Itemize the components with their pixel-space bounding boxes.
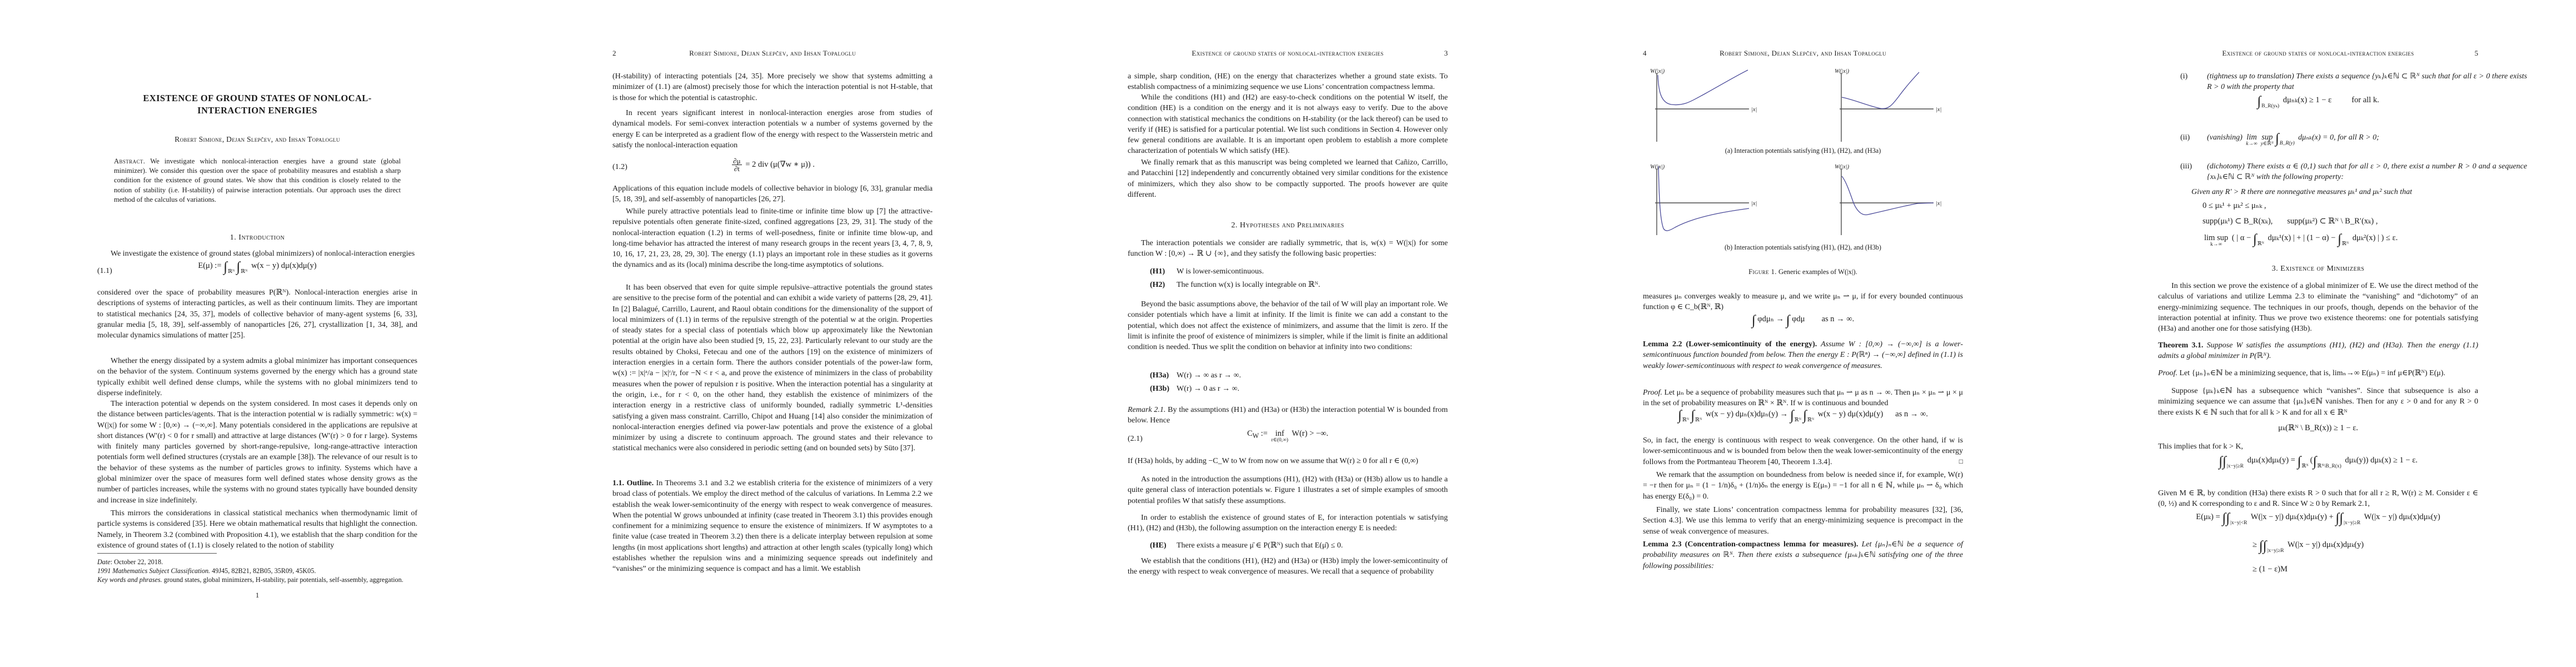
page-4-par: So, in fact, the energy is continuous wi… <box>1643 435 1963 467</box>
page-1-par: This mirrors the considerations in class… <box>97 508 417 551</box>
page-5-par: In this section we prove the existence o… <box>2158 281 2478 334</box>
page-3-par: As noted in the introduction the assumpt… <box>1128 474 1448 506</box>
page-3-item: (H3b)W(r) → 0 as r → ∞. <box>1128 384 1497 394</box>
potential-curve <box>1658 70 1748 105</box>
page-1-foot: 1991 Mathematics Subject Classification.… <box>97 566 417 575</box>
page-3-par: Beyond the basic assumptions above, the … <box>1128 299 1448 352</box>
page-5-display: ≥ ∫∫|x−y|≥R W(|x − y|) dμₖ(x)dμₖ(y) <box>2158 540 2478 554</box>
page-3-par: If (H3a) holds, by adding −C_W to W from… <box>1128 456 1448 466</box>
page-number: 3 <box>1444 49 1448 58</box>
page-4-par: Finally, we state Lions’ concentration c… <box>1643 505 1963 537</box>
running-head: Robert Simione, Dejan Slepčev, and Ihsan… <box>612 49 933 58</box>
integral-sign: ∫ <box>1803 408 1807 423</box>
page-5-item: (iii)(dichotomy) There exists α ∈ (0,1) … <box>2158 161 2527 183</box>
page-3-item: (HE)There exists a measure μ̄ ∈ P(ℝᴺ) su… <box>1128 540 1497 551</box>
page-1-par: The interaction potential w depends on t… <box>97 399 417 506</box>
integral-sign: ∫ <box>2275 131 2279 146</box>
page-5-display: E(μₖ) = ∫∫|x−y|<R W(|x − y|) dμₖ(x)dμₖ(y… <box>2158 512 2478 526</box>
page-1-rule <box>97 553 217 554</box>
page-5-par: Given M ∈ ℝ, by condition (H3a) there ex… <box>2158 488 2478 510</box>
potential-H3b-singular-well: W(|x|)|x| <box>1650 165 1761 236</box>
page-1-foot: Date: October 22, 2018. <box>97 558 417 566</box>
integral-sign: ∫ <box>223 260 227 275</box>
page-4-figcaption: Figure 1. Generic examples of W(|x|). <box>1643 268 1963 276</box>
page-3-display: (2.1)CW := infr∈(0,∞) W(r) > −∞. <box>1128 429 1448 444</box>
integral-sign: ∫ <box>2297 454 2301 469</box>
page-3-header: Existence of ground states of nonlocal-i… <box>1128 49 1448 59</box>
page-5-display: ≥ (1 − ε)M <box>2158 565 2478 574</box>
equation-body: ∫B_R(yₖ) dμₙₖ(x) ≥ 1 − ε for all k. <box>2158 96 2478 109</box>
paper-page-1: EXISTENCE OF GROUND STATES OF NONLOCAL-I… <box>0 0 515 667</box>
potential-H3a-min-above-axis: W(|x|)|x| <box>1650 69 1761 143</box>
paper-page-5: Existence of ground states of nonlocal-i… <box>2061 0 2576 667</box>
page-5-section: 3. Existence of Minimizers <box>2158 265 2478 273</box>
integral-sign: ∫ <box>236 260 240 275</box>
page-1-section: 1. Introduction <box>97 233 417 242</box>
page-3-par: We establish that the conditions (H1), (… <box>1128 556 1448 578</box>
integral-sign: ∫ <box>1790 408 1794 423</box>
item-label: (H3a) <box>1150 370 1169 381</box>
equation-body: CW := infr∈(0,∞) W(r) > −∞. <box>1128 429 1448 444</box>
page-3-par: The interaction potentials we consider a… <box>1128 238 1448 260</box>
page-4-display: ∫ φdμₙ → ∫ φdμ as n → ∞. <box>1643 315 1963 324</box>
equation-body: ∫∫|x−y|≥R dμₖ(x)dμₖ(y) = ∫ℝᴺ(∫ℝᴺ\B_R(x) … <box>2158 456 2478 469</box>
y-axis-label: W(|x|) <box>1650 164 1665 170</box>
potential-curve <box>1842 176 1934 215</box>
page-5-header: Existence of ground states of nonlocal-i… <box>2158 49 2478 59</box>
page-4-par: We remark that the assumption on bounded… <box>1643 470 1963 502</box>
integral-sign: ∫ <box>1678 408 1682 423</box>
page-4-caption: (a) Interaction potentials satisfying (H… <box>1643 147 1963 155</box>
page-3-par: While the conditions (H1) and (H2) are e… <box>1128 92 1448 157</box>
integral-sign: ∫ <box>1752 313 1756 328</box>
y-axis-label: W(|x|) <box>1835 68 1850 74</box>
page-1-par: We investigate the existence of ground s… <box>97 248 417 259</box>
page-4-par: Proof. Let μₙ be a sequence of probabili… <box>1643 387 1963 409</box>
page-5-display: 0 ≤ μₖ¹ + μₖ² ≤ μₙₖ , <box>2158 201 2478 211</box>
x-axis-label: |x| <box>1751 201 1757 207</box>
equation-body: E(μ) := ∫ℝᴺ∫ℝᴺ w(x − y) dμ(x)dμ(y) <box>97 261 417 275</box>
item-label: (iii) <box>2180 161 2192 172</box>
page-2-par: In recent years significant interest in … <box>612 108 933 151</box>
page-5-par: Theorem 3.1. Suppose W satisfies the ass… <box>2158 340 2478 362</box>
page-2-par: While purely attractive potentials lead … <box>612 206 933 271</box>
y-axis-label: W(|x|) <box>1835 164 1850 170</box>
paper-page-2: 2Robert Simione, Dejan Slepčev, and Ihsa… <box>515 0 1030 667</box>
potential-H3a-touch-zero: W(|x|)|x| <box>1835 69 1946 143</box>
page-3-par: We finally remark that as this manuscrip… <box>1128 157 1448 200</box>
page-1-abstract: Abstract. We investigate which nonlocal-… <box>114 157 401 205</box>
x-axis-label: |x| <box>1751 107 1757 113</box>
page-4-display: ∫ℝᴺ∫ℝᴺ w(x − y) dμₙ(x)dμₙ(y) → ∫ℝᴺ∫ℝᴺ w(… <box>1643 410 1963 423</box>
page-5-par: Proof. Let {μₙ}ₙ∈ℕ be a minimizing seque… <box>2158 368 2478 379</box>
potential-curve <box>1658 166 1749 231</box>
page-2-par: It has been observed that even for quite… <box>612 282 933 454</box>
page-5-display: μₖ(ℝᴺ \ B_R(x)) ≥ 1 − ε. <box>2158 424 2478 433</box>
page-4-caption: (b) Interaction potentials satisfying (H… <box>1643 243 1963 252</box>
page-4-par: Lemma 2.2 (Lower-semicontinuity of the e… <box>1643 339 1963 371</box>
page-1-par: Whether the energy dissipated by a syste… <box>97 356 417 399</box>
integral-sign: ∫∫ <box>2259 539 2267 554</box>
page-5-item: (ii)(vanishing) limk→∞supy∈ℝᴺ∫B_R(y) dμₙ… <box>2158 132 2527 149</box>
page-3-item: (H1)W is lower-semicontinuous. <box>1128 266 1497 277</box>
page-3-par: a simple, sharp condition, (HE) on the e… <box>1128 71 1448 93</box>
math-operator: limk→∞ <box>2246 134 2258 147</box>
page-5-par: Given any R′ > R there are nonnegative m… <box>2158 187 2512 197</box>
equation-body: ∫ℝᴺ∫ℝᴺ w(x − y) dμₙ(x)dμₙ(y) → ∫ℝᴺ∫ℝᴺ w(… <box>1643 410 1963 423</box>
page-1-pageno: 1 <box>97 591 417 600</box>
integral-sign: ∫ <box>2313 454 2316 469</box>
integral-sign: ∫ <box>1786 313 1790 328</box>
page-4-par: measures μₙ converges weakly to measure … <box>1643 291 1963 313</box>
integral-sign: ∫∫ <box>2219 454 2226 469</box>
equation-body: supp(μₖ¹) ⊂ B_R(xₖ), supp(μₖ²) ⊂ ℝᴺ \ B_… <box>2158 217 2478 226</box>
page-3-par: In order to establish the existence of g… <box>1128 512 1448 534</box>
page-3-par: Remark 2.1. By the assumptions (H1) and … <box>1128 405 1448 426</box>
page-2-display: (1.2)∂μ∂t = 2 div (μ(∇w ∗ μ)) . <box>612 157 933 172</box>
page-5-display: supp(μₖ¹) ⊂ B_R(xₖ), supp(μₖ²) ⊂ ℝᴺ \ B_… <box>2158 217 2478 226</box>
page-4-header: 4Robert Simione, Dejan Slepčev, and Ihsa… <box>1643 49 1963 59</box>
x-axis-label: |x| <box>1936 107 1941 113</box>
equation-body: lim supk→∞ ( | α − ∫ℝᴺ dμₖ¹(x) | + | (1 … <box>2158 233 2478 248</box>
potential-H3b-cross-dip: W(|x|)|x| <box>1835 165 1946 236</box>
running-head: Existence of ground states of nonlocal-i… <box>1128 49 1448 58</box>
integral-sign: ∫∫ <box>2335 511 2343 526</box>
integral-sign: ∫ <box>1691 408 1695 423</box>
integral-sign: ∫∫ <box>2222 511 2230 526</box>
running-head: Existence of ground states of nonlocal-i… <box>2158 49 2478 58</box>
page-5-display: ∫B_R(yₖ) dμₙₖ(x) ≥ 1 − ε for all k. <box>2158 96 2478 109</box>
potential-curve <box>1842 72 1919 108</box>
paper-page-3: Existence of ground states of nonlocal-i… <box>1030 0 1546 667</box>
page-1-foot: Key words and phrases. ground states, gl… <box>97 575 417 584</box>
equation-number: (1.2) <box>612 163 627 172</box>
page-5-par: Suppose {μₖ}ₖ∈ℕ has a subsequence which … <box>2158 386 2478 418</box>
math-operator: supy∈ℝᴺ <box>2261 134 2274 147</box>
page-2-header: 2Robert Simione, Dejan Slepčev, and Ihsa… <box>612 49 933 59</box>
page-number: 5 <box>2475 49 2479 58</box>
page-3-item: (H2)The function w(x) is locally integra… <box>1128 280 1497 290</box>
page-1-display: (1.1)E(μ) := ∫ℝᴺ∫ℝᴺ w(x − y) dμ(x)dμ(y) <box>97 261 417 275</box>
page-5-display: ∫∫|x−y|≥R dμₖ(x)dμₖ(y) = ∫ℝᴺ(∫ℝᴺ\B_R(x) … <box>2158 456 2478 469</box>
fraction: ∂μ∂t <box>732 157 741 172</box>
page-2-par: 1.1. Outline. In Theorems 3.1 and 3.2 we… <box>612 478 933 575</box>
item-label: (HE) <box>1150 540 1167 551</box>
math-operator: infr∈(0,∞) <box>1272 430 1288 444</box>
equation-number: (2.1) <box>1128 435 1143 444</box>
page-2-par: Applications of this equation include mo… <box>612 183 933 205</box>
equation-body: E(μₖ) = ∫∫|x−y|<R W(|x − y|) dμₖ(x)dμₖ(y… <box>2158 512 2478 526</box>
equation-body: ∫ φdμₙ → ∫ φdμ as n → ∞. <box>1643 315 1963 324</box>
integral-sign: ∫ <box>2253 232 2257 247</box>
item-label: (H1) <box>1150 266 1165 277</box>
page-5-display: lim supk→∞ ( | α − ∫ℝᴺ dμₖ¹(x) | + | (1 … <box>2158 233 2478 248</box>
page-1-par: considered over the space of probability… <box>97 287 417 341</box>
integral-sign: ∫ <box>2257 94 2261 109</box>
page-5-item: (i)(tightness up to translation) There e… <box>2158 71 2527 93</box>
x-axis-label: |x| <box>1936 201 1941 207</box>
equation-body: ∂μ∂t = 2 div (μ(∇w ∗ μ)) . <box>612 157 933 172</box>
equation-body: μₖ(ℝᴺ \ B_R(x)) ≥ 1 − ε. <box>2158 424 2478 433</box>
page-5-par: This implies that for k > K, <box>2158 441 2478 452</box>
paper-montage: arXiv:1405.5146v2 [math.AP] 28 Jan 2015 … <box>0 0 2576 667</box>
page-3-section: 2. Hypotheses and Preliminaries <box>1128 221 1448 230</box>
qed-symbol: □ <box>1959 456 1963 467</box>
paper-page-4: 4Robert Simione, Dejan Slepčev, and Ihsa… <box>1546 0 2061 667</box>
running-head: Robert Simione, Dejan Slepčev, and Ihsan… <box>1643 49 1963 58</box>
y-axis-label: W(|x|) <box>1650 68 1665 74</box>
page-4-par: Lemma 2.3 (Concentration-compactness lem… <box>1643 539 1963 571</box>
math-operator: lim supk→∞ <box>2204 235 2228 248</box>
equation-body: 0 ≤ μₖ¹ + μₖ² ≤ μₙₖ , <box>2158 201 2478 211</box>
equation-body: ≥ (1 − ε)M <box>2158 565 2478 574</box>
page-1-authors: Robert Simione, Dejan Slepčev, and Ihsan… <box>97 135 417 144</box>
item-label: (H3b) <box>1150 384 1169 394</box>
item-label: (ii) <box>2180 132 2190 143</box>
page-2-par: (H-stability) of interacting potentials … <box>612 71 933 103</box>
equation-number: (1.1) <box>97 267 112 276</box>
page-3-item: (H3a)W(r) → ∞ as r → ∞. <box>1128 370 1497 381</box>
item-label: (H2) <box>1150 280 1165 290</box>
page-1-title: EXISTENCE OF GROUND STATES OF NONLOCAL-I… <box>119 92 395 117</box>
item-label: (i) <box>2180 71 2188 82</box>
equation-body: ≥ ∫∫|x−y|≥R W(|x − y|) dμₖ(x)dμₖ(y) <box>2158 540 2478 554</box>
integral-sign: ∫ <box>2338 232 2341 247</box>
